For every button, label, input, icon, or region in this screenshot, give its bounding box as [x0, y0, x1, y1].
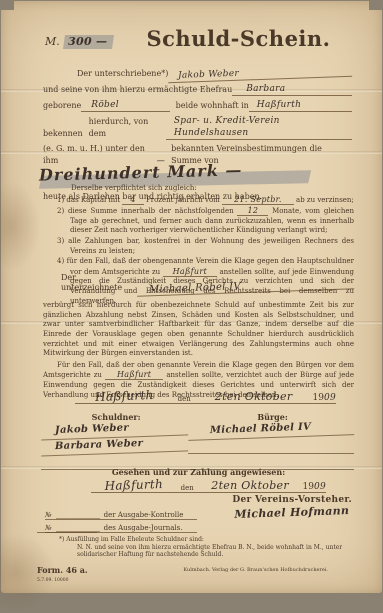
payment-den-label: den: [177, 484, 198, 492]
payment-year: 1909: [302, 482, 326, 492]
clause-1-a: 1) das Kapital mit: [57, 196, 120, 204]
year-print: 19: [312, 393, 323, 403]
photo-corner: [0, 0, 14, 10]
clause-1-c: ab zu verzinsen;: [296, 196, 354, 204]
nee-label: geborene: [43, 100, 81, 112]
journal-number-blank: [56, 523, 100, 532]
footnote-divider: [37, 532, 97, 533]
note-number-label: M.: [45, 35, 60, 48]
clause-3: 3) alle Zahlungen bar, kostenfrei in der…: [57, 237, 354, 256]
signature-row-1: Jakob Weber Michael Röbel IV: [41, 423, 354, 438]
guarantor-line: Der unterzeichnete Michael Röbel IV: [43, 273, 354, 292]
guarantee-body: verbürgt sich hierdurch für obenbezeichn…: [43, 301, 354, 359]
clause-1: 1) das Kapital mit 4 Prozent jährlich vo…: [57, 195, 354, 206]
association-line: bekennen hierdurch, von dem Spar- u. Kre…: [43, 115, 352, 140]
footnote-bottom-row: Form. 46 a. Kulmbach. Verlag der G. Brau…: [37, 567, 356, 575]
months-entry: 12: [237, 206, 268, 216]
print-run-code: 5.7.09. 10000: [37, 577, 356, 585]
signing-dateline: Haßfurth den 2ten Oktober 1909: [75, 389, 336, 404]
control-number-text: der Ausgabe-Kontrolle: [104, 511, 197, 519]
publisher-imprint: Kulmbach. Verlag der G. Braun'schen Hofb…: [183, 567, 356, 575]
clause-3-text: 3) alle Zahlungen bar, kostenfrei in der…: [57, 237, 354, 255]
residence-label: beide wohnhaft in: [170, 100, 249, 112]
interest-rate-entry: 4: [122, 195, 143, 205]
empty-signature-cell: [188, 439, 354, 454]
signer-prefix: Der unterschriebene*): [77, 68, 168, 80]
note-number-highlight: 300 —: [63, 35, 114, 49]
numero-sign: №: [45, 511, 52, 519]
wife-line-text: und seine von ihm hierzu ermächtigte Ehe…: [43, 84, 232, 96]
chairman-signature: Michael Hofmann: [232, 504, 352, 521]
guarantee-section: Der unterzeichnete Michael Röbel IV verb…: [43, 273, 354, 400]
chairman-block: Der Vereins-Vorsteher. Michael Hofmann: [232, 495, 352, 519]
obligations-heading: Derselbe verpflichtet sich zugleich:: [71, 184, 354, 194]
debtor-line: Der unterschriebene*) Jakob Weber: [43, 67, 352, 80]
paper-stain: [0, 181, 41, 271]
wife-name-entry: Barbara: [232, 83, 352, 96]
photo-corner: [369, 0, 383, 10]
interest-date-entry: 21. Septbr.: [222, 195, 294, 205]
den-label: den: [174, 395, 195, 403]
signing-year: 1909: [312, 393, 336, 403]
form-number: Form. 46 a.: [37, 567, 88, 575]
guarantor-name-entry: Michael Röbel IV: [137, 278, 354, 296]
clause-2: 2) diese Summe innerhalb der nächstfolge…: [57, 206, 354, 236]
signature-labels: Schuldner: Bürge:: [41, 412, 354, 422]
journal-numbers: № der Ausgabe-Kontrolle № des Ausgabe-Jo…: [45, 507, 197, 533]
guarantor-signature: Michael Röbel IV: [188, 420, 354, 441]
guarantee-court-entry: Haßfurt: [105, 370, 163, 380]
note-number: M.300 —: [45, 35, 113, 49]
payment-date-entry: 2ten Oktober: [198, 479, 303, 492]
loan-amount-entry: Dreihundert Mark —: [39, 164, 243, 181]
residence-entry: Haßfurth: [249, 99, 352, 112]
footnote-line-1: *) Ausfüllung im Falle Eheleute Schuldne…: [37, 536, 356, 544]
nee-name-entry: Röbel: [81, 99, 169, 112]
control-number-blank: [56, 510, 100, 519]
clause-1-b: Prozent jährlich vom: [146, 196, 220, 204]
payment-section: Gesehen und zur Zahlung angewiesen: Haßf…: [41, 467, 356, 493]
payment-dateline: Haßfurth den 2ten Oktober 1909: [91, 478, 326, 493]
numero-sign: №: [45, 524, 52, 532]
payment-year-print: 19: [302, 482, 313, 492]
debtor-name-entry: Jakob Weber: [168, 64, 352, 83]
footnote-line-2: N. N. und seine von ihm hierzu ermächtig…: [37, 544, 356, 559]
wife-line: und seine von ihm hierzu ermächtigte Ehe…: [43, 83, 352, 96]
acknowledge-b: hierdurch, von dem: [83, 116, 166, 140]
signing-place-entry: Haßfurth: [75, 387, 174, 404]
association-entry: Spar- u. Kredit-Verein Hundelshausen: [166, 115, 352, 140]
note-number-value: 300 —: [68, 35, 107, 48]
signing-date-entry: 2ten Oktober: [195, 390, 313, 403]
document-title: Schuld-Schein.: [131, 26, 346, 51]
footnote-section: *) Ausfüllung im Falle Eheleute Schuldne…: [37, 532, 356, 585]
journal-number-text: des Ausgabe-Journals.: [104, 524, 197, 532]
signature-row-2: Barbara Weber: [41, 439, 354, 454]
acknowledge-a: bekennen: [43, 128, 83, 140]
control-number-line: № der Ausgabe-Kontrolle: [45, 507, 197, 520]
residence-line: geborene Röbel beide wohnhaft in Haßfurt…: [43, 99, 352, 112]
payment-year-hw: 09: [314, 482, 326, 492]
year-hw-entry: 09: [324, 393, 336, 403]
payment-heading: Gesehen und zur Zahlung angewiesen:: [41, 467, 356, 477]
promissory-note-document: M.300 — Schuld-Schein. Der unterschriebe…: [1, 1, 382, 593]
guarantor-prefix: Der unterzeichnete: [43, 273, 137, 292]
clause-2-a: 2) diese Summe innerhalb der nächstfolge…: [57, 207, 234, 215]
payment-place-entry: Haßfurth: [91, 477, 177, 494]
signature-section: Haßfurth den 2ten Oktober 1909 Schuldner…: [41, 389, 354, 470]
